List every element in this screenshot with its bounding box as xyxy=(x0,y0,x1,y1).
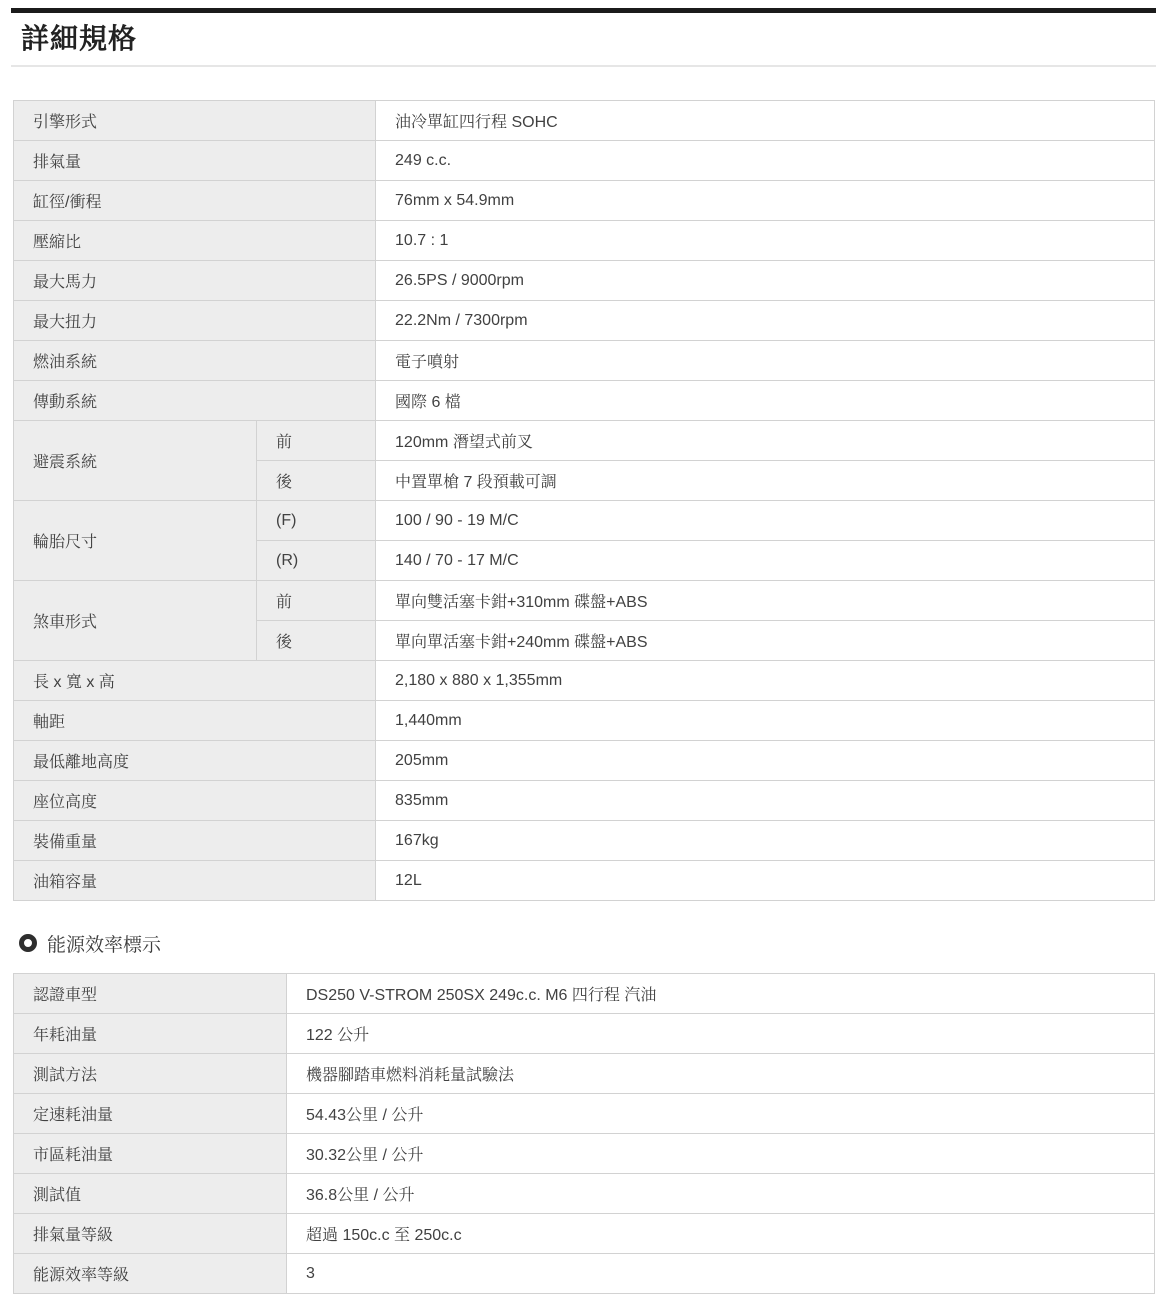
spec-label-cell: 市區耗油量 xyxy=(14,1134,287,1174)
spec-label-cell: 缸徑/衝程 xyxy=(14,181,376,221)
spec-value-cell: 12L xyxy=(376,861,1155,901)
spec-value-cell: DS250 V-STROM 250SX 249c.c. M6 四行程 汽油 xyxy=(287,974,1155,1014)
table-row: 認證車型 DS250 V-STROM 250SX 249c.c. M6 四行程 … xyxy=(14,974,1155,1014)
spec-label-cell: 長 x 寬 x 高 xyxy=(14,661,376,701)
spec-value-cell: 3 xyxy=(287,1254,1155,1294)
title-divider xyxy=(11,65,1156,67)
spec-value-cell: 54.43公里 / 公升 xyxy=(287,1094,1155,1134)
table-row: 油箱容量 12L xyxy=(14,861,1155,901)
spec-label-cell: 引擎形式 xyxy=(14,101,376,141)
energy-efficiency-table: 認證車型 DS250 V-STROM 250SX 249c.c. M6 四行程 … xyxy=(13,973,1155,1294)
spec-value-cell: 22.2Nm / 7300rpm xyxy=(376,301,1155,341)
table-row: 軸距 1,440mm xyxy=(14,701,1155,741)
spec-label-cell: 最大扭力 xyxy=(14,301,376,341)
spec-value-cell: 國際 6 檔 xyxy=(376,381,1155,421)
spec-value-cell: 100 / 90 - 19 M/C xyxy=(376,501,1155,541)
detailed-spec-table: 引擎形式 油冷單缸四行程 SOHC 排氣量 249 c.c. 缸徑/衝程 76m… xyxy=(13,100,1155,901)
spec-label-cell: 測試方法 xyxy=(14,1054,287,1094)
table-row: 測試方法 機器腳踏車燃料消耗量試驗法 xyxy=(14,1054,1155,1094)
table-row: 最大馬力 26.5PS / 9000rpm xyxy=(14,261,1155,301)
spec-value-cell: 26.5PS / 9000rpm xyxy=(376,261,1155,301)
spec-label-cell: 排氣量等級 xyxy=(14,1214,287,1254)
table-row: 缸徑/衝程 76mm x 54.9mm xyxy=(14,181,1155,221)
spec-value-cell: 36.8公里 / 公升 xyxy=(287,1174,1155,1214)
spec-value-cell: 10.7 : 1 xyxy=(376,221,1155,261)
spec-value-cell: 249 c.c. xyxy=(376,141,1155,181)
spec-value-cell: 2,180 x 880 x 1,355mm xyxy=(376,661,1155,701)
table-row: 輪胎尺寸 (F) 100 / 90 - 19 M/C xyxy=(14,501,1155,541)
spec-value-cell: 電子噴射 xyxy=(376,341,1155,381)
spec-label-cell: 燃油系統 xyxy=(14,341,376,381)
spec-value-cell: 76mm x 54.9mm xyxy=(376,181,1155,221)
table-row: 排氣量 249 c.c. xyxy=(14,141,1155,181)
spec-label-cell: 年耗油量 xyxy=(14,1014,287,1054)
spec-label-cell: 輪胎尺寸 xyxy=(14,501,257,581)
spec-sub-label-cell: 前 xyxy=(257,421,376,461)
spec-label-cell: 座位高度 xyxy=(14,781,376,821)
spec-label-cell: 軸距 xyxy=(14,701,376,741)
spec-label-cell: 避震系統 xyxy=(14,421,257,501)
table-row: 避震系統 前 120mm 潛望式前叉 xyxy=(14,421,1155,461)
spec-label-cell: 壓縮比 xyxy=(14,221,376,261)
spec-value-cell: 油冷單缸四行程 SOHC xyxy=(376,101,1155,141)
spec-value-cell: 205mm xyxy=(376,741,1155,781)
spec-sub-label-cell: 後 xyxy=(257,621,376,661)
spec-label-cell: 傳動系統 xyxy=(14,381,376,421)
table-row: 最低離地高度 205mm xyxy=(14,741,1155,781)
spec-value-cell: 中置單槍 7 段預載可調 xyxy=(376,461,1155,501)
spec-label-cell: 煞車形式 xyxy=(14,581,257,661)
table-row: 裝備重量 167kg xyxy=(14,821,1155,861)
energy-section-title: 能源效率標示 xyxy=(47,930,161,957)
spec-label-cell: 認證車型 xyxy=(14,974,287,1014)
table-row: 排氣量等級 超過 150c.c 至 250c.c xyxy=(14,1214,1155,1254)
spec-value-cell: 30.32公里 / 公升 xyxy=(287,1134,1155,1174)
table-row: 測試值 36.8公里 / 公升 xyxy=(14,1174,1155,1214)
spec-sub-label-cell: 前 xyxy=(257,581,376,621)
spec-sub-label-cell: (R) xyxy=(257,541,376,581)
table-row: 傳動系統 國際 6 檔 xyxy=(14,381,1155,421)
ring-bullet-icon xyxy=(19,934,37,952)
table-row: 煞車形式 前 單向雙活塞卡鉗+310mm 碟盤+ABS xyxy=(14,581,1155,621)
spec-label-cell: 排氣量 xyxy=(14,141,376,181)
table-row: 最大扭力 22.2Nm / 7300rpm xyxy=(14,301,1155,341)
table-row: 年耗油量 122 公升 xyxy=(14,1014,1155,1054)
spec-sub-label-cell: 後 xyxy=(257,461,376,501)
spec-value-cell: 140 / 70 - 17 M/C xyxy=(376,541,1155,581)
table-row: 市區耗油量 30.32公里 / 公升 xyxy=(14,1134,1155,1174)
spec-value-cell: 單向雙活塞卡鉗+310mm 碟盤+ABS xyxy=(376,581,1155,621)
table-row: 能源效率等級 3 xyxy=(14,1254,1155,1294)
spec-label-cell: 油箱容量 xyxy=(14,861,376,901)
table-row: 座位高度 835mm xyxy=(14,781,1155,821)
spec-label-cell: 定速耗油量 xyxy=(14,1094,287,1134)
table-row: 壓縮比 10.7 : 1 xyxy=(14,221,1155,261)
spec-value-cell: 超過 150c.c 至 250c.c xyxy=(287,1214,1155,1254)
spec-label-cell: 最低離地高度 xyxy=(14,741,376,781)
page-title: 詳細規格 xyxy=(21,23,1156,54)
spec-label-cell: 測試值 xyxy=(14,1174,287,1214)
table-row: 燃油系統 電子噴射 xyxy=(14,341,1155,381)
spec-value-cell: 167kg xyxy=(376,821,1155,861)
spec-value-cell: 單向單活塞卡鉗+240mm 碟盤+ABS xyxy=(376,621,1155,661)
top-accent-bar xyxy=(11,8,1156,13)
table-row: 引擎形式 油冷單缸四行程 SOHC xyxy=(14,101,1155,141)
spec-page: 詳細規格 引擎形式 油冷單缸四行程 SOHC 排氣量 249 c.c. 缸徑/衝… xyxy=(0,0,1166,1302)
spec-label-cell: 能源效率等級 xyxy=(14,1254,287,1294)
spec-value-cell: 1,440mm xyxy=(376,701,1155,741)
spec-value-cell: 120mm 潛望式前叉 xyxy=(376,421,1155,461)
spec-value-cell: 835mm xyxy=(376,781,1155,821)
spec-label-cell: 最大馬力 xyxy=(14,261,376,301)
table-row: 長 x 寬 x 高 2,180 x 880 x 1,355mm xyxy=(14,661,1155,701)
table-row: 定速耗油量 54.43公里 / 公升 xyxy=(14,1094,1155,1134)
spec-value-cell: 122 公升 xyxy=(287,1014,1155,1054)
spec-sub-label-cell: (F) xyxy=(257,501,376,541)
spec-value-cell: 機器腳踏車燃料消耗量試驗法 xyxy=(287,1054,1155,1094)
spec-label-cell: 裝備重量 xyxy=(14,821,376,861)
energy-section-heading: 能源效率標示 xyxy=(19,931,1156,955)
